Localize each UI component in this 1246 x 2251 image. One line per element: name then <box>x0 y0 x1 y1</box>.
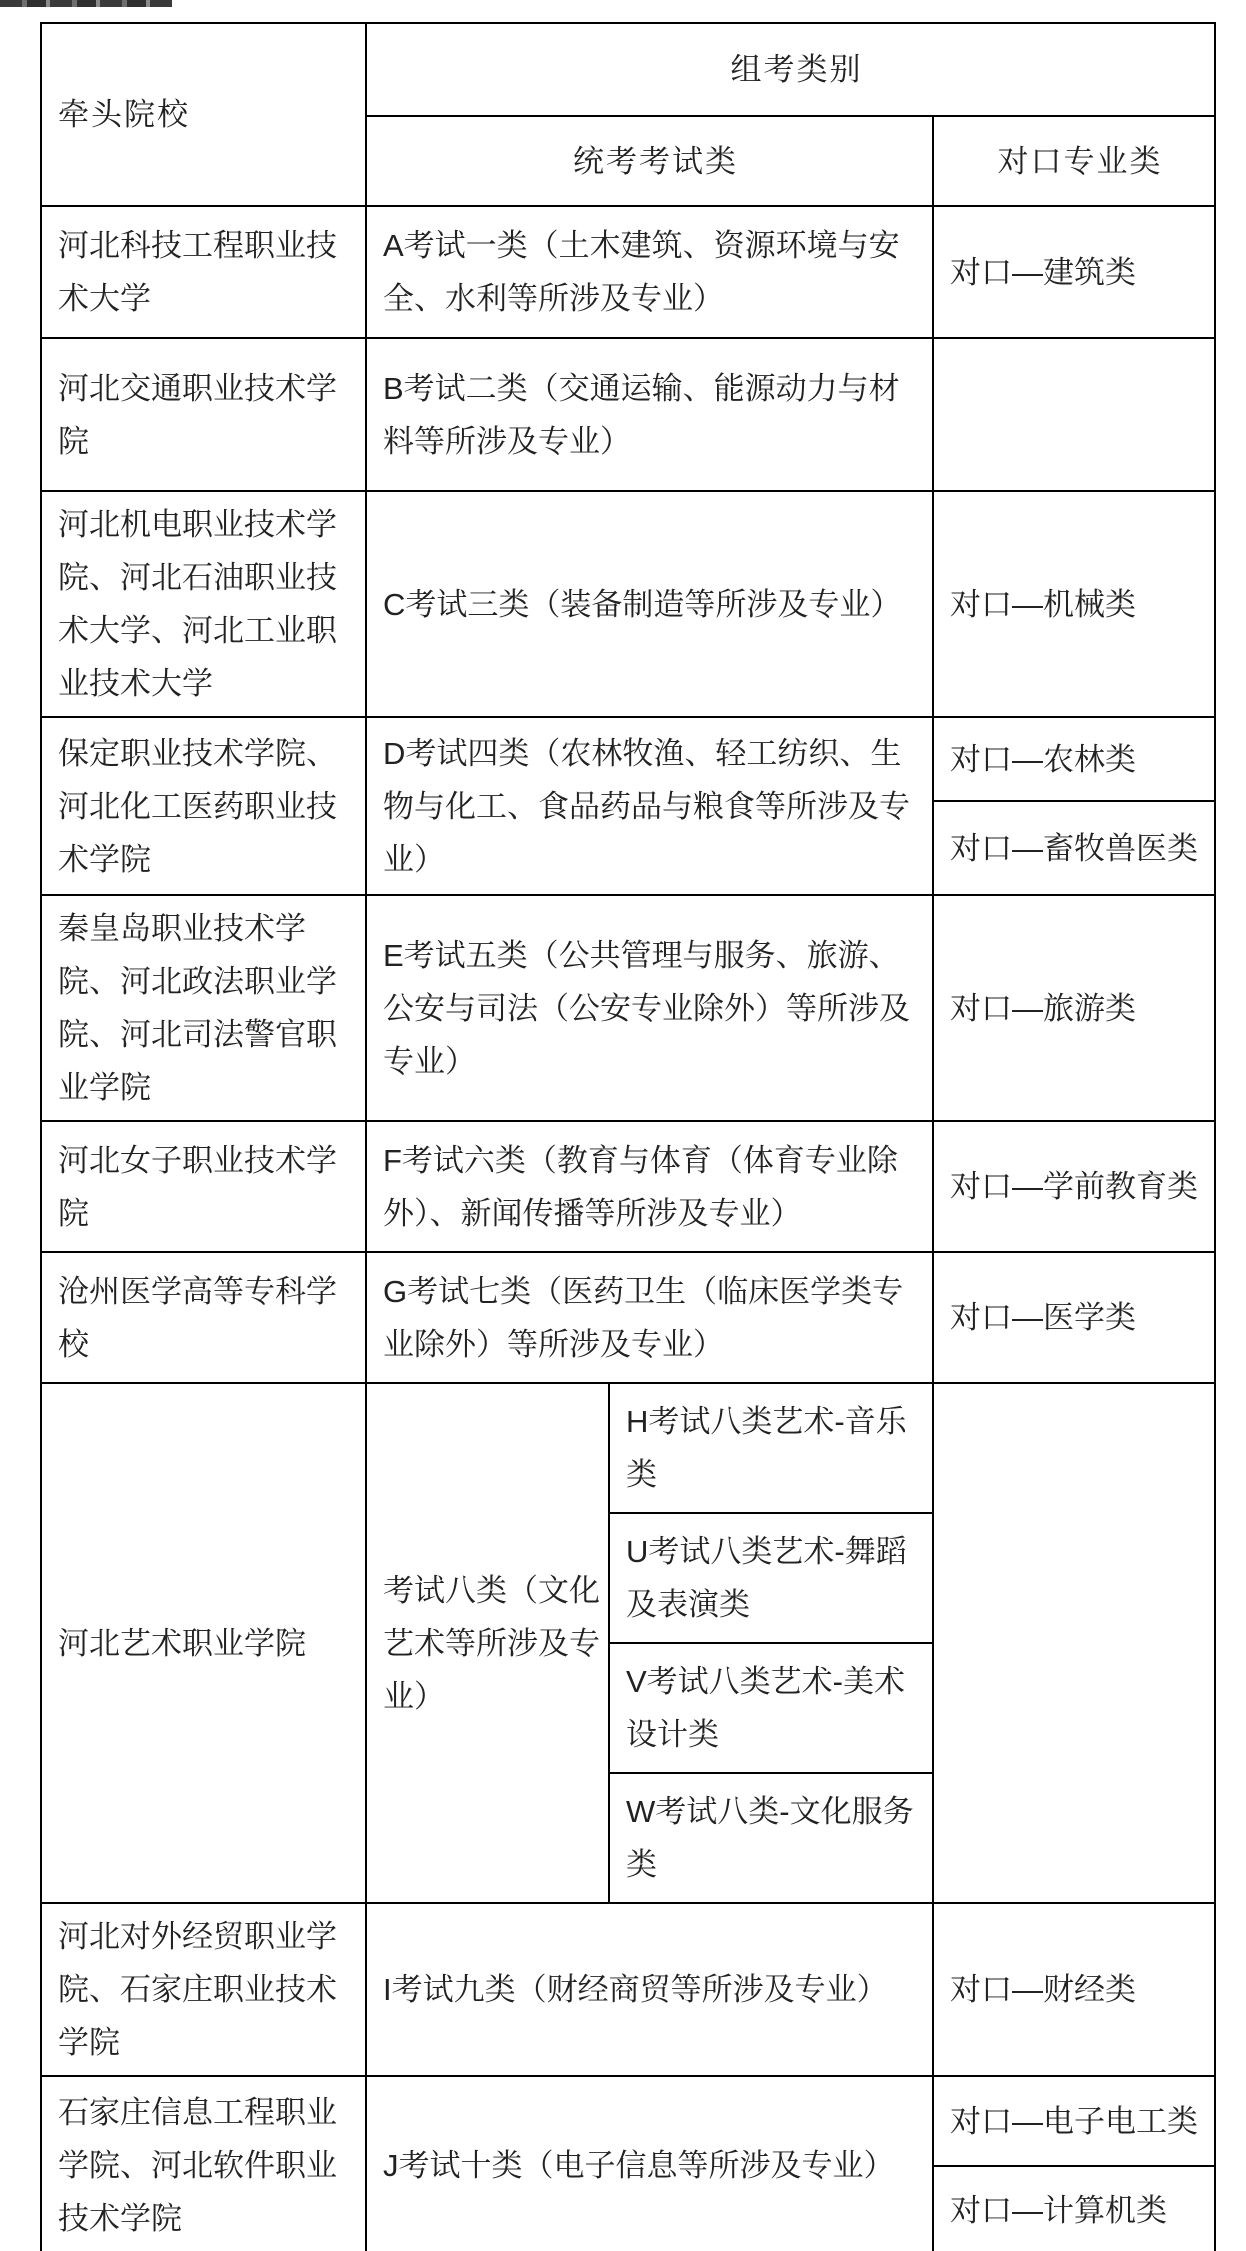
header-lead-school: 牵头院校 <box>41 23 366 206</box>
cell-school: 河北女子职业技术学院 <box>41 1121 366 1252</box>
cell-counterpart: 对口—建筑类 <box>933 206 1215 338</box>
table-row: 秦皇岛职业技术学院、河北政法职业学院、河北司法警官职业学院 E考试五类（公共管理… <box>41 895 1215 1121</box>
cell-exam: D考试四类（农林牧渔、轻工纺织、生物与化工、食品药品与粮食等所涉及专业） <box>366 717 933 895</box>
cell-exam: B考试二类（交通运输、能源动力与材料等所涉及专业） <box>366 338 933 491</box>
cell-exam-main: 考试八类（文化艺术等所涉及专业） <box>366 1383 609 1903</box>
table-row: 河北对外经贸职业学院、石家庄职业技术学院 I考试九类（财经商贸等所涉及专业） 对… <box>41 1903 1215 2076</box>
cell-counterpart: 对口—农林类 <box>933 717 1215 801</box>
table-row: 沧州医学高等专科学校 G考试七类（医药卫生（临床医学类专业除外）等所涉及专业） … <box>41 1252 1215 1383</box>
cell-school: 河北交通职业技术学院 <box>41 338 366 491</box>
cell-counterpart: 对口—医学类 <box>933 1252 1215 1383</box>
cell-sub-exam: H考试八类艺术-音乐类 <box>609 1383 933 1513</box>
cell-counterpart: 对口—畜牧兽医类 <box>933 801 1215 895</box>
table-row: 石家庄信息工程职业学院、河北软件职业技术学院 J考试十类（电子信息等所涉及专业）… <box>41 2076 1215 2166</box>
cell-school: 沧州医学高等专科学校 <box>41 1252 366 1383</box>
header-unified-exam: 统考考试类 <box>366 116 933 206</box>
cell-school: 保定职业技术学院、河北化工医药职业技术学院 <box>41 717 366 895</box>
cell-counterpart: 对口—计算机类 <box>933 2166 1215 2251</box>
cell-school: 秦皇岛职业技术学院、河北政法职业学院、河北司法警官职业学院 <box>41 895 366 1121</box>
cell-school: 河北机电职业技术学院、河北石油职业技术大学、河北工业职业技术大学 <box>41 491 366 717</box>
cell-exam: E考试五类（公共管理与服务、旅游、公安与司法（公安专业除外）等所涉及专业） <box>366 895 933 1121</box>
table-row: 河北艺术职业学院 考试八类（文化艺术等所涉及专业） H考试八类艺术-音乐类 <box>41 1383 1215 1513</box>
exam-category-table: 牵头院校 组考类别 统考考试类 对口专业类 河北科技工程职业技术大学 A考试一类… <box>40 22 1216 2251</box>
cell-counterpart: 对口—财经类 <box>933 1903 1215 2076</box>
cell-exam: F考试六类（教育与体育（体育专业除外）、新闻传播等所涉及专业） <box>366 1121 933 1252</box>
table-row: 河北机电职业技术学院、河北石油职业技术大学、河北工业职业技术大学 C考试三类（装… <box>41 491 1215 717</box>
cell-counterpart: 对口—旅游类 <box>933 895 1215 1121</box>
cell-exam: J考试十类（电子信息等所涉及专业） <box>366 2076 933 2251</box>
cell-counterpart-empty <box>933 338 1215 491</box>
cell-school: 河北科技工程职业技术大学 <box>41 206 366 338</box>
header-row-1: 牵头院校 组考类别 <box>41 23 1215 116</box>
cell-school: 河北对外经贸职业学院、石家庄职业技术学院 <box>41 1903 366 2076</box>
table-row: 河北科技工程职业技术大学 A考试一类（土木建筑、资源环境与安全、水利等所涉及专业… <box>41 206 1215 338</box>
cell-school: 河北艺术职业学院 <box>41 1383 366 1903</box>
cell-exam: I考试九类（财经商贸等所涉及专业） <box>366 1903 933 2076</box>
table-row: 河北女子职业技术学院 F考试六类（教育与体育（体育专业除外）、新闻传播等所涉及专… <box>41 1121 1215 1252</box>
cell-sub-exam: U考试八类艺术-舞蹈及表演类 <box>609 1513 933 1643</box>
cell-counterpart-empty <box>933 1383 1215 1903</box>
cell-exam: G考试七类（医药卫生（临床医学类专业除外）等所涉及专业） <box>366 1252 933 1383</box>
cell-sub-exam: W考试八类-文化服务类 <box>609 1773 933 1903</box>
cell-sub-exam: V考试八类艺术-美术设计类 <box>609 1643 933 1773</box>
cell-school: 石家庄信息工程职业学院、河北软件职业技术学院 <box>41 2076 366 2251</box>
cell-exam: C考试三类（装备制造等所涉及专业） <box>366 491 933 717</box>
cell-counterpart: 对口—电子电工类 <box>933 2076 1215 2166</box>
cutoff-text-artifact <box>0 0 172 7</box>
cell-exam: A考试一类（土木建筑、资源环境与安全、水利等所涉及专业） <box>366 206 933 338</box>
table-row: 河北交通职业技术学院 B考试二类（交通运输、能源动力与材料等所涉及专业） <box>41 338 1215 491</box>
cell-counterpart: 对口—学前教育类 <box>933 1121 1215 1252</box>
cell-counterpart: 对口—机械类 <box>933 491 1215 717</box>
page: 牵头院校 组考类别 统考考试类 对口专业类 河北科技工程职业技术大学 A考试一类… <box>0 0 1246 2251</box>
table-row: 保定职业技术学院、河北化工医药职业技术学院 D考试四类（农林牧渔、轻工纺织、生物… <box>41 717 1215 801</box>
header-counterpart-major: 对口专业类 <box>933 116 1215 206</box>
header-group-category: 组考类别 <box>366 23 1215 116</box>
